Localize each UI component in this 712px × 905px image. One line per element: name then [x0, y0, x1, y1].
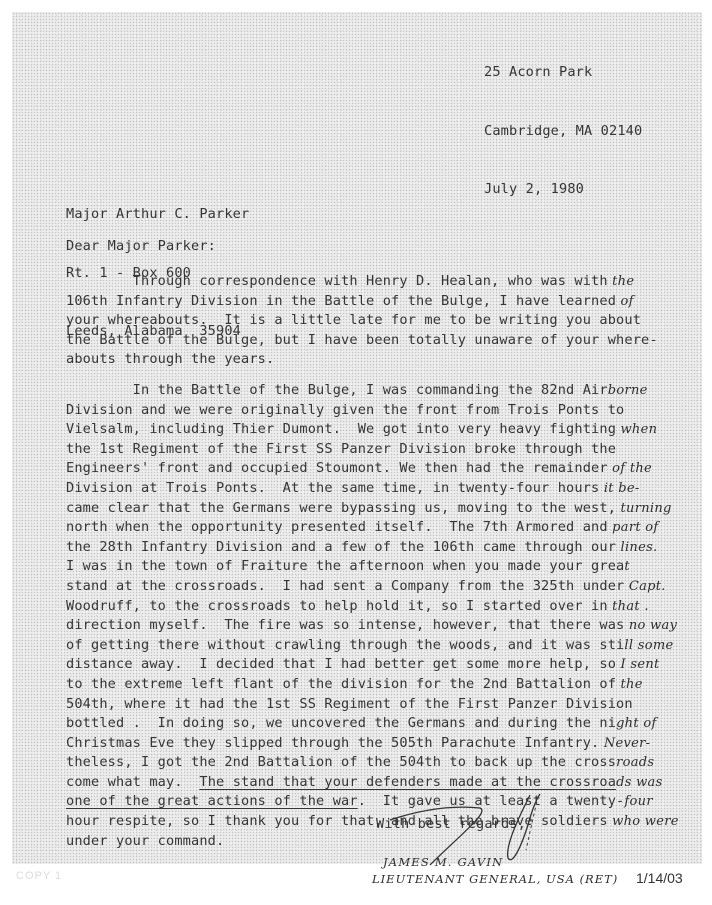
text-line: hour respite, so I thank you for that, a…: [66, 812, 679, 832]
typed-text: direction myself. The fire was so intens…: [66, 617, 624, 633]
recipient-name: Major Arthur C. Parker: [66, 205, 249, 225]
text-line: came clear that the Germans were bypassi…: [66, 499, 679, 519]
text-line: abouts through the years.: [66, 350, 658, 370]
handwritten-text: when: [616, 422, 657, 437]
typed-text: came clear that the Germans were bypassi…: [66, 500, 616, 516]
text-line: Vielsalm, including Thier Dumont. We got…: [66, 420, 679, 440]
signature-title: LIEUTENANT GENERAL, USA (RET): [372, 872, 618, 886]
text-line: to the extreme left flant of the divisio…: [66, 675, 679, 695]
typed-text: Woodruff, to the crossroads to help hold…: [66, 598, 608, 614]
handwritten-text: Never-: [599, 736, 650, 751]
typed-text: I was in the town of Fraiture the aftern…: [66, 558, 624, 574]
handwritten-text: part of: [608, 520, 659, 535]
typed-text: under your command.: [66, 833, 224, 849]
typed-text: distance away. I decided that I had bett…: [66, 656, 616, 672]
typed-text: your whereabouts. It is a little late fo…: [66, 312, 641, 328]
underlined-text: one of the great actions of the war: [66, 793, 358, 809]
handwritten-text: of the: [608, 461, 652, 476]
underlined-text: The stand that your defenders made at th…: [199, 774, 616, 790]
text-line: your whereabouts. It is a little late fo…: [66, 311, 658, 331]
typed-text: the 28th Infantry Division and a few of …: [66, 539, 616, 555]
typed-text: hour respite, so I thank you for that, a…: [66, 813, 608, 829]
handwritten-text: the: [616, 677, 643, 692]
text-line: In the Battle of the Bulge, I was comman…: [66, 381, 679, 401]
handwritten-text: lines.: [616, 540, 657, 555]
text-line: the 1st Regiment of the First SS Panzer …: [66, 440, 679, 460]
text-line: Division at Trois Ponts. At the same tim…: [66, 479, 679, 499]
typed-text: Vielsalm, including Thier Dumont. We got…: [66, 421, 616, 437]
text-line: 504th, where it had the 1st SS Regiment …: [66, 695, 679, 715]
text-line: Christmas Eve they slipped through the 5…: [66, 734, 679, 754]
typed-text: Christmas Eve they slipped through the 5…: [66, 735, 599, 751]
text-line: I was in the town of Fraiture the aftern…: [66, 557, 679, 577]
typed-text: abouts through the years.: [66, 351, 274, 367]
typed-text: Division and we were originally given th…: [66, 402, 624, 418]
text-line: bottled . In doing so, we uncovered the …: [66, 714, 679, 734]
handwritten-text: it be-: [599, 481, 639, 496]
text-line: under your command.: [66, 832, 679, 852]
text-line: Engineers' front and occupied Stoumont. …: [66, 459, 679, 479]
typed-text: bottled . In doing so, we uncovered the …: [66, 715, 616, 731]
typed-text: In the Battle of the Bulge, I was comman…: [66, 382, 608, 398]
handwritten-text: that .: [608, 599, 649, 614]
handwritten-text: borne: [608, 383, 648, 398]
closing: With best regards,: [376, 815, 526, 835]
paragraph-1: Through correspondence with Henry D. Hea…: [66, 272, 658, 370]
text-line: north when the opportunity presented its…: [66, 518, 679, 538]
handwritten-text: turning: [616, 501, 672, 516]
handwritten-text: ll some: [624, 638, 673, 653]
signature-name: JAMES M. GAVIN: [383, 855, 503, 869]
handwritten-text: who were: [608, 814, 679, 829]
text-line: stand at the crossroads. I had sent a Co…: [66, 577, 679, 597]
salutation: Dear Major Parker:: [66, 237, 216, 257]
typed-text: theless, I got the 2nd Battalion of the …: [66, 754, 616, 770]
archive-stamp-date: 1/14/03: [636, 870, 683, 886]
text-line: one of the great actions of the war. It …: [66, 792, 679, 812]
handwritten-text: four: [624, 794, 652, 809]
text-line: the 28th Infantry Division and a few of …: [66, 538, 679, 558]
handwritten-text: roads: [616, 755, 654, 770]
typed-text: 504th, where it had the 1st SS Regiment …: [66, 696, 633, 712]
typed-text: to the extreme left flant of the divisio…: [66, 676, 616, 692]
typed-text: the 1st Regiment of the First SS Panzer …: [66, 441, 616, 457]
typed-text: 106th Infantry Division in the Battle of…: [66, 293, 616, 309]
text-line: 106th Infantry Division in the Battle of…: [66, 292, 658, 312]
text-line: theless, I got the 2nd Battalion of the …: [66, 753, 679, 773]
typed-text: stand at the crossroads. I had sent a Co…: [66, 578, 624, 594]
letter-date: July 2, 1980: [484, 180, 642, 200]
handwritten-text: no way: [624, 618, 677, 633]
typed-text: Division at Trois Ponts. At the same tim…: [66, 480, 599, 496]
sender-street: 25 Acorn Park: [484, 63, 642, 83]
handwritten-text: I sent: [616, 657, 659, 672]
typed-text: Through correspondence with Henry D. Hea…: [66, 273, 608, 289]
typed-text: of getting there without crawling throug…: [66, 637, 624, 653]
text-line: the Battle of the Bulge, but I have been…: [66, 331, 658, 351]
text-line: come what may. The stand that your defen…: [66, 773, 679, 793]
text-line: Woodruff, to the crossroads to help hold…: [66, 597, 679, 617]
text-line: Through correspondence with Henry D. Hea…: [66, 272, 658, 292]
typed-text: Engineers' front and occupied Stoumont. …: [66, 460, 608, 476]
sender-city: Cambridge, MA 02140: [484, 122, 642, 142]
typed-text: the Battle of the Bulge, but I have been…: [66, 332, 658, 348]
text-line: direction myself. The fire was so intens…: [66, 616, 679, 636]
typed-text: come what may.: [66, 774, 199, 790]
handwritten-text: the: [608, 274, 635, 289]
typed-text: . It gave us at least a twenty-: [358, 793, 625, 809]
handwritten-text: of: [616, 294, 634, 309]
typed-text: north when the opportunity presented its…: [66, 519, 608, 535]
handwritten-text: ght of: [616, 716, 657, 731]
text-line: of getting there without crawling throug…: [66, 636, 679, 656]
handwritten-text: Capt.: [624, 579, 665, 594]
handwritten-text: ds was: [616, 775, 662, 790]
sender-address: 25 Acorn Park Cambridge, MA 02140 July 2…: [484, 24, 642, 219]
handwritten-text: t: [624, 559, 630, 574]
text-line: distance away. I decided that I had bett…: [66, 655, 679, 675]
paragraph-2: In the Battle of the Bulge, I was comman…: [66, 381, 679, 851]
text-line: Division and we were originally given th…: [66, 401, 679, 421]
copy-mark: COPY 1: [16, 870, 62, 882]
